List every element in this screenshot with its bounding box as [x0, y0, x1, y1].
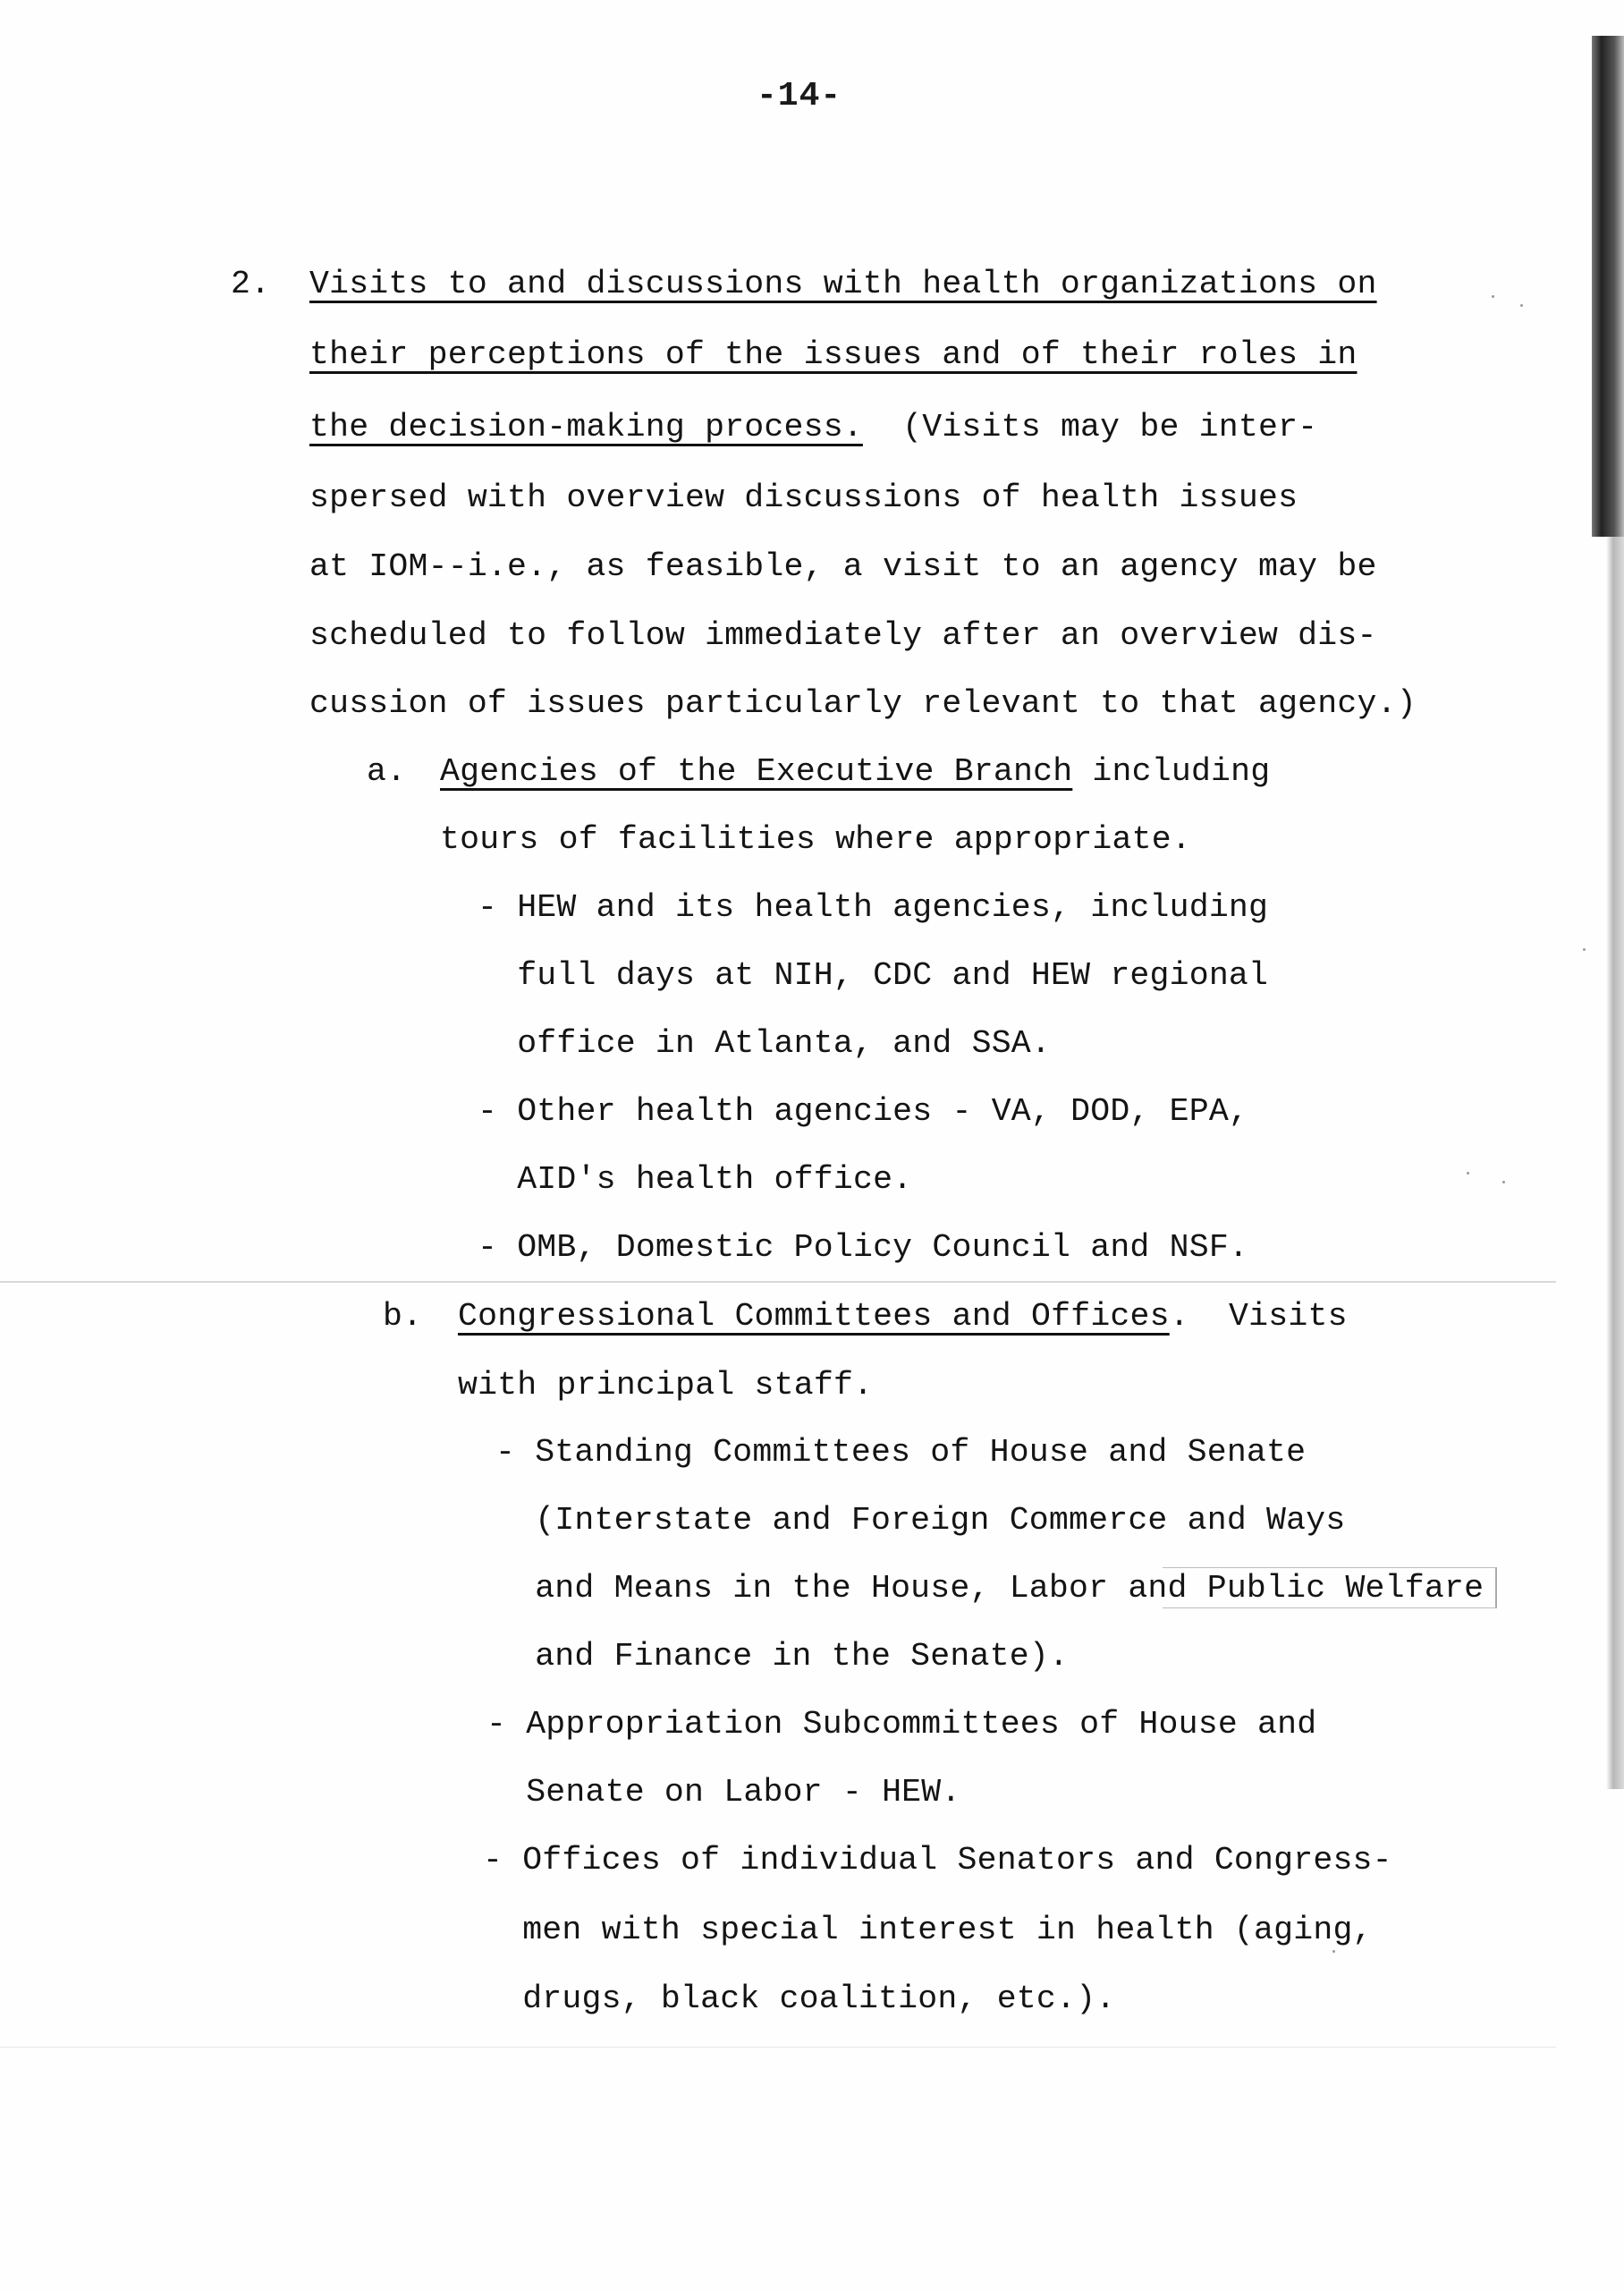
bullet-line: - Other health agencies - VA, DOD, EPA,: [478, 1092, 1248, 1132]
item-body-text: (Visits may be inter-: [863, 409, 1317, 445]
subitem-label: a.: [367, 752, 406, 792]
bullet-line: - Appropriation Subcommittees of House a…: [486, 1705, 1316, 1744]
subitem-heading: Agencies of the Executive Branch: [440, 753, 1072, 790]
scan-speck: [1502, 1181, 1505, 1183]
bullet-line: and Means in the House, Labor and Public…: [495, 1569, 1484, 1608]
subitem-label: b.: [383, 1297, 422, 1336]
item-body-line: at IOM--i.e., as feasible, a visit to an…: [309, 547, 1377, 587]
subitem-heading-tail: including: [1072, 753, 1270, 790]
bullet-line: - HEW and its health agencies, including: [478, 888, 1268, 928]
fold-line: [0, 1281, 1556, 1283]
item-body-line: spersed with overview discussions of hea…: [309, 479, 1298, 518]
bullet-line: office in Atlanta, and SSA.: [478, 1024, 1051, 1064]
bullet-line: AID's health office.: [478, 1160, 912, 1200]
item-body-line: cussion of issues particularly relevant …: [309, 684, 1417, 724]
scan-edge-shadow: [1606, 537, 1624, 1789]
subitem-a-heading: Agencies of the Executive Branch includi…: [440, 752, 1270, 792]
bullet-line: - OMB, Domestic Policy Council and NSF.: [478, 1228, 1248, 1268]
item-body-line: scheduled to follow immediately after an…: [309, 616, 1377, 656]
scan-edge-shadow: [1592, 36, 1624, 537]
item-heading-line-3: the decision-making process. (Visits may…: [309, 408, 1317, 447]
item-heading-line: their perceptions of the issues and of t…: [309, 335, 1358, 375]
document-page: -14- 2. Visits to and discussions with h…: [0, 0, 1624, 2290]
scan-speck: [1492, 295, 1494, 298]
bullet-line: men with special interest in health (agi…: [483, 1911, 1373, 1950]
subitem-line: with principal staff.: [458, 1366, 873, 1405]
bullet-line: - Standing Committees of House and Senat…: [495, 1433, 1306, 1472]
item-heading-line: the decision-making process.: [309, 409, 863, 445]
item-number: 2.: [231, 265, 270, 304]
scan-speck: [1520, 304, 1523, 307]
bullet-line: and Finance in the Senate).: [495, 1637, 1069, 1676]
scan-speck: [1332, 1950, 1335, 1953]
page-number: -14-: [757, 77, 842, 115]
fold-line: [0, 2047, 1556, 2048]
bullet-line: (Interstate and Foreign Commerce and Way…: [495, 1501, 1345, 1540]
bullet-line: - Offices of individual Senators and Con…: [483, 1841, 1392, 1880]
bullet-line: full days at NIH, CDC and HEW regional: [478, 956, 1268, 996]
bullet-line: Senate on Labor - HEW.: [486, 1773, 961, 1812]
bullet-line: drugs, black coalition, etc.).: [483, 1980, 1115, 2019]
scan-speck: [1467, 1172, 1469, 1175]
subitem-heading: Congressional Committees and Offices: [458, 1298, 1170, 1335]
subitem-line: tours of facilities where appropriate.: [440, 820, 1191, 860]
subitem-heading-tail: . Visits: [1170, 1298, 1348, 1335]
scan-speck: [1583, 948, 1586, 951]
item-heading-line: Visits to and discussions with health or…: [309, 265, 1377, 304]
subitem-b-heading: Congressional Committees and Offices. Vi…: [458, 1297, 1348, 1336]
